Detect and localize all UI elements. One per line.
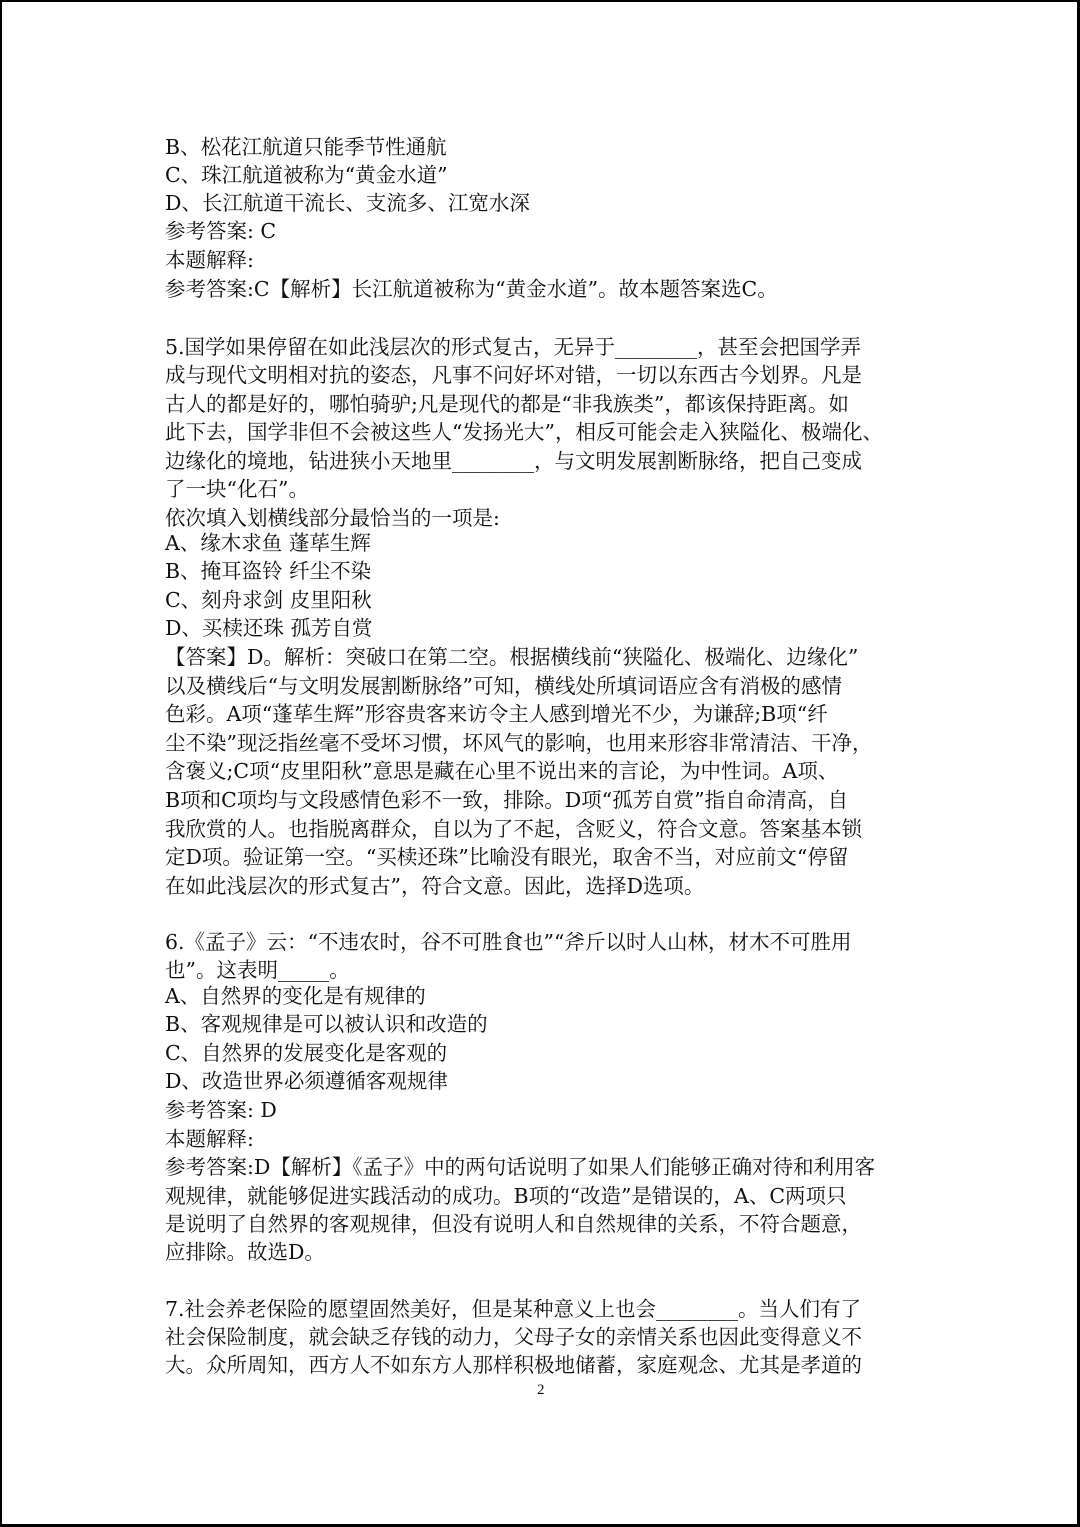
text-line: 观规律，就能够促进实践活动的成功。B项的“改造”是错误的，A、C两项只 — [165, 1182, 847, 1210]
text-line: B、掩耳盗铃 纤尘不染 — [165, 557, 371, 585]
text-line: 5.国学如果停留在如此浅层次的形式复古，无异于________，甚至会把国学弄 — [165, 333, 861, 361]
text-line: 以及横线后“与文明发展割断脉络”可知，横线处所填词语应含有消极的感情 — [165, 672, 842, 700]
text-line: 含褒义;C项“皮里阳秋”意思是藏在心里不说出来的言论，为中性词。A项、 — [165, 757, 838, 785]
text-line: 是说明了自然界的客观规律，但没有说明人和自然规律的关系，不符合题意， — [165, 1210, 862, 1238]
text-line: A、缘木求鱼 蓬荜生辉 — [165, 529, 371, 557]
text-line: 色彩。A项“蓬荜生辉”形容贵客来访令主人感到增光不少，为谦辞;B项“纤 — [165, 700, 828, 728]
text-line: 7.社会养老保险的愿望固然美好，但是某种意义上也会________。当人们有了 — [165, 1295, 861, 1323]
text-line: 成与现代文明相对抗的姿态，凡事不问好坏对错，一切以东西古今划界。凡是 — [165, 361, 862, 389]
text-line: D、买椟还珠 孤芳自赏 — [165, 614, 372, 642]
text-line: 大。众所周知，西方人不如东方人那样积极地储蓄，家庭观念、尤其是孝道的 — [165, 1351, 862, 1379]
text-line: D、改造世界必须遵循客观规律 — [165, 1067, 448, 1095]
text-line: 6.《孟子》云：“不违农时，谷不可胜食也”“斧斤以时人山林，材木不可胜用 — [165, 928, 852, 956]
text-line: 此下去，国学非但不会被这些人“发扬光大”，相反可能会走入狭隘化、极端化、 — [165, 418, 883, 446]
text-line: 参考答案:D【解析】《孟子》中的两句话说明了如果人们能够正确对待和利用客 — [165, 1153, 875, 1181]
text-line: 社会保险制度，就会缺乏存钱的动力，父母子女的亲情关系也因此变得意义不 — [165, 1323, 862, 1351]
text-line: 古人的都是好的，哪怕骑驴;凡是现代的都是“非我族类”，都该保持距离。如 — [165, 390, 849, 418]
text-line: 【答案】D。解析：突破口在第二空。根据横线前“狭隘化、极端化、边缘化” — [165, 643, 858, 671]
text-line: B项和C项均与文段感情色彩不一致，排除。D项“孤芳自赏”指自命清高，自 — [165, 786, 848, 814]
text-line: 本题解释: — [165, 1125, 254, 1153]
text-line: C、自然界的发展变化是客观的 — [165, 1039, 447, 1067]
text-line: 参考答案: D — [165, 1096, 277, 1124]
text-line: D、长江航道干流长、支流多、江宽水深 — [165, 189, 530, 217]
text-line: 参考答案:C【解析】长江航道被称为“黄金水道”。故本题答案选C。 — [165, 275, 778, 303]
text-line: 定D项。验证第一空。“买椟还珠”比喻没有眼光，取舍不当，对应前文“停留 — [165, 843, 848, 871]
text-line: 依次填入划横线部分最恰当的一项是: — [165, 504, 500, 532]
text-line: B、松花江航道只能季节性通航 — [165, 133, 447, 161]
text-line: 本题解释: — [165, 246, 254, 274]
text-line: 边缘化的境地，钻进狭小天地里________，与文明发展割断脉络，把自己变成 — [165, 447, 862, 475]
text-line: 参考答案: C — [165, 217, 276, 245]
text-line: 也”。这表明_____。 — [165, 956, 350, 984]
text-line: C、刻舟求剑 皮里阳秋 — [165, 586, 372, 614]
text-line: 在如此浅层次的形式复古”，符合文意。因此，选择D选项。 — [165, 872, 704, 900]
text-line: B、客观规律是可以被认识和改造的 — [165, 1010, 488, 1038]
text-line: 我欣赏的人。也指脱离群众，自以为了不起，含贬义，符合文意。答案基本锁 — [165, 815, 862, 843]
text-line: A、自然界的变化是有规律的 — [165, 982, 426, 1010]
text-line: C、珠江航道被称为“黄金水道” — [165, 161, 448, 189]
text-line: 尘不染”现泛指丝毫不受坏习惯，坏风气的影响，也用来形容非常清洁、干净， — [165, 729, 872, 757]
page-number: 2 — [537, 1382, 545, 1399]
document-page: B、松花江航道只能季节性通航C、珠江航道被称为“黄金水道”D、长江航道干流长、支… — [0, 0, 1080, 1527]
text-line: 应排除。故选D。 — [165, 1238, 325, 1266]
text-line: 了一块“化石”。 — [165, 475, 309, 503]
